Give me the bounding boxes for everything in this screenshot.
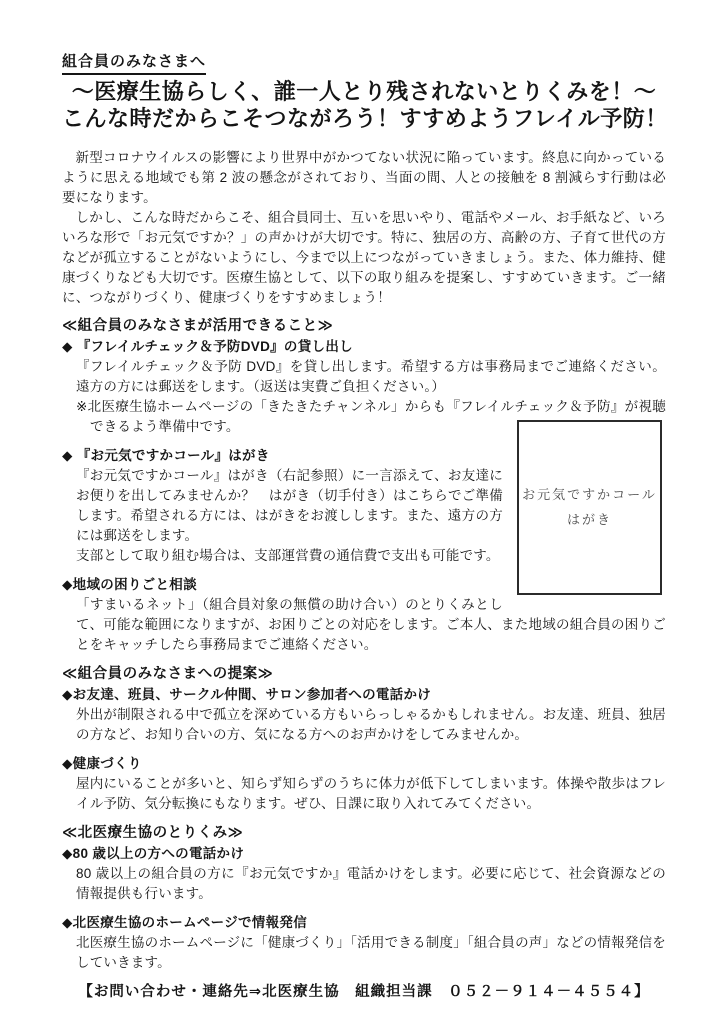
title-line-1: ～医療生協らしく、誰一人とり残されないとりくみを！～ [62,78,666,105]
section-phone-to-friends-heading: ◆お友達、班員、サークル仲間、サロン参加者への電話かけ [62,685,666,705]
section-frailty-dvd-heading: ◆ 『フレイルチェック＆予防DVD』の貸し出し [62,337,666,357]
intro-paragraph-1: 新型コロナウイルスの影響により世界中がかつてない状況に陥っています。終息に向かっ… [62,148,666,208]
section-phone-to-friends-paragraph: 外出が制限される中で孤立を深めている方もいらっしゃるかもしれません。お友達、班員… [62,705,666,745]
section-health-building: ◆健康づくり 屋内にいることが多いと、知らず知らずのうちに体力が低下してしまいま… [62,754,666,814]
group-title-proposal: ≪組合員のみなさまへの提案≫ [62,664,666,684]
section-phone-over-80-paragraph: 80 歳以上の組合員の方に『お元気ですか』電話かけをします。必要に応じて、社会資… [62,864,666,904]
document-title: ～医療生協らしく、誰一人とり残されないとりくみを！～ こんな時だからこそつながろ… [62,78,666,132]
hagaki-sample-box: お元気ですかコール はがき [517,420,662,595]
section-frailty-dvd-paragraph-1: 『フレイルチェック＆予防 DVD』を貸し出します。希望する方は事務局までご連絡く… [62,357,666,397]
salutation-row: 組合員のみなさまへ [62,52,666,75]
section-health-building-paragraph: 屋内にいることが多いと、知らず知らずのうちに体力が低下してしまいます。体操や散歩… [62,774,666,814]
group-title-available: ≪組合員のみなさまが活用できること≫ [62,316,666,336]
salutation: 組合員のみなさまへ [62,52,206,75]
hagaki-box-line-1: お元気ですかコール [522,487,657,503]
hagaki-box-line-2: はがき [567,512,612,528]
section-community-consultation-paragraph: 「すまいるネット」（組合員対象の無償の助け合い）のとりくみとして、可能な範囲にな… [62,595,666,655]
section-phone-over-80-heading: ◆80 歳以上の方への電話かけ [62,844,666,864]
contact-footer: 【お問い合わせ・連絡先⇒北医療生協 組織担当課 ０５２－９１４－４５５４】 [62,982,666,1002]
intro-paragraph-2: しかし、こんな時だからこそ、組合員同士、互いを思いやり、電話やメール、お手紙など… [62,208,666,308]
title-line-2: こんな時だからこそつながろう！すすめようフレイル予防！ [62,105,666,132]
section-health-building-heading: ◆健康づくり [62,754,666,774]
section-homepage-info-paragraph: 北医療生協のホームページに「健康づくり」「活用できる制度」「組合員の声」などの情… [62,933,666,973]
section-phone-over-80: ◆80 歳以上の方への電話かけ 80 歳以上の組合員の方に『お元気ですか』電話か… [62,844,666,904]
group-title-coop-initiatives: ≪北医療生協のとりくみ≫ [62,823,666,843]
section-homepage-info-heading: ◆北医療生協のホームページで情報発信 [62,913,666,933]
section-phone-to-friends: ◆お友達、班員、サークル仲間、サロン参加者への電話かけ 外出が制限される中で孤立… [62,685,666,745]
section-homepage-info: ◆北医療生協のホームページで情報発信 北医療生協のホームページに「健康づくり」「… [62,913,666,973]
document-page: 組合員のみなさまへ ～医療生協らしく、誰一人とり残されないとりくみを！～ こんな… [0,0,724,1024]
